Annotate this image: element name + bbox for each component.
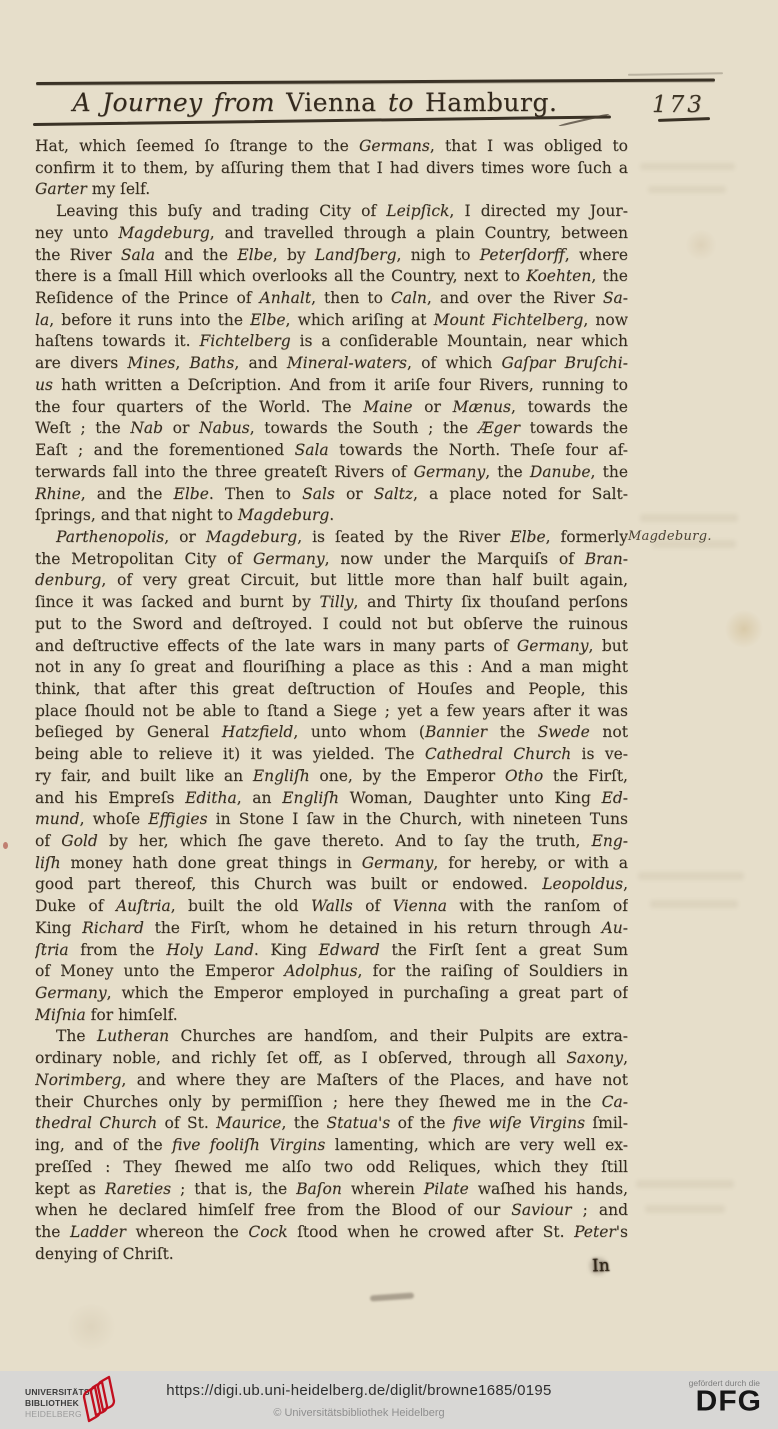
paper-speck — [3, 842, 8, 849]
text-line: Weſt ; the Nab or Nabus, towards the Sou… — [35, 418, 628, 440]
text-line: the four quarters of the World. The Main… — [35, 397, 628, 419]
text-line: haſtens towards it. Fichtelberg is a con… — [35, 331, 628, 353]
text-line: liſh money hath done great things in Ger… — [35, 853, 628, 875]
text-line: Germany, which the Emperor employed in p… — [35, 983, 628, 1005]
text-line: their Churches only by permiſſion ; here… — [35, 1092, 628, 1114]
text-line: and deſtructive effects of the late wars… — [35, 636, 628, 658]
text-line: us hath written a Deſcription. And from … — [35, 375, 628, 397]
ink-smudge — [370, 1292, 414, 1301]
text-line: ſprings, and that night to Magdeburg. — [35, 505, 628, 527]
text-line: ordinary noble, and richly ſet off, as I… — [35, 1048, 628, 1070]
paper-stain — [64, 1304, 118, 1350]
text-line: the Ladder whereon the Cock ſtood when h… — [35, 1222, 628, 1244]
text-line: confirm it to them, by aſſuring them tha… — [35, 158, 628, 180]
text-line: Eaſt ; and the forementioned Sala toward… — [35, 440, 628, 462]
text-line: are divers Mines, Baths, and Mineral-wat… — [35, 353, 628, 375]
show-through-mark — [652, 540, 736, 548]
text-line: la, before it runs into the Elbe, which … — [35, 310, 628, 332]
scan-url: https://digi.ub.uni-heidelberg.de/diglit… — [0, 1382, 718, 1399]
text-line: of Gold by her, which ſhe gave thereto. … — [35, 831, 628, 853]
text-line: King Richard the Firſt, whom he detained… — [35, 918, 628, 940]
text-line: when he declared himſelf free from the B… — [35, 1200, 628, 1222]
text-line: ing, and of the five fooliſh Virgins lam… — [35, 1135, 628, 1157]
text-line: thedral Church of St. Maurice, the Statu… — [35, 1113, 628, 1135]
page-number-underline — [658, 117, 710, 121]
text-line: there is a ſmall Hill which overlooks al… — [35, 266, 628, 288]
text-line: beſieged by General Hatzfield, unto whom… — [35, 722, 628, 744]
header-rule-showthrough — [628, 72, 723, 76]
show-through-mark — [640, 163, 735, 170]
show-through-mark — [640, 514, 738, 522]
show-through-mark — [648, 186, 726, 193]
catchword: In — [592, 1256, 610, 1277]
page-paper: A Journey from Vienna to Hamburg. 173 Ha… — [0, 0, 778, 1372]
text-line: Miſnia for himſelf. — [35, 1005, 628, 1027]
text-line: kept as Rareties ; that is, the Baſon wh… — [35, 1179, 628, 1201]
text-line: of Money unto the Emperor Adolphus, for … — [35, 961, 628, 983]
text-line: denying of Chriſt. — [35, 1244, 628, 1266]
text-line: Garter my ſelf. — [35, 179, 628, 201]
text-line: ſince it was ſacked and burnt by Tilly, … — [35, 592, 628, 614]
text-line: not in any ſo great and flouriſhing a pl… — [35, 657, 628, 679]
page-title: A Journey from Vienna to Hamburg. — [35, 88, 595, 117]
text-line: terwards fall into the three greateſt Ri… — [35, 462, 628, 484]
text-line: the River Sala and the Elbe, by Landſber… — [35, 245, 628, 267]
text-line: think, that after this great deſtruction… — [35, 679, 628, 701]
text-line: ſtria from the Holy Land. King Edward th… — [35, 940, 628, 962]
show-through-mark — [636, 1180, 734, 1188]
show-through-mark — [650, 900, 738, 908]
text-line: Leaving this buſy and trading City of Le… — [35, 201, 628, 223]
scanned-book-page: A Journey from Vienna to Hamburg. 173 Ha… — [0, 0, 778, 1429]
text-line: Reſidence of the Prince of Anhalt, then … — [35, 288, 628, 310]
scan-footer: UNIVERSITÄTS- BIBLIOTHEK HEIDELBERG http… — [0, 1371, 778, 1429]
text-line: the Metropolitan City of Germany, now un… — [35, 549, 628, 571]
show-through-mark — [638, 872, 744, 880]
text-line: Duke of Auſtria, built the old Walls of … — [35, 896, 628, 918]
text-line: put to the Sword and deſtroyed. I could … — [35, 614, 628, 636]
text-line: mund, whoſe Effigies in Stone I ſaw in t… — [35, 809, 628, 831]
show-through-mark — [645, 1205, 725, 1213]
paper-stain — [724, 610, 764, 648]
page-number: 173 — [652, 92, 705, 118]
dfg-logo: DFG — [696, 1386, 762, 1418]
text-line: good part thereof, this Church was built… — [35, 874, 628, 896]
copyright-text: © Universitätsbibliothek Heidelberg — [0, 1407, 718, 1419]
text-line: Rhine, and the Elbe. Then to Sals or Sal… — [35, 484, 628, 506]
text-line: Parthenopolis, or Magdeburg, is ſeated b… — [35, 527, 628, 549]
text-line: place ſhould not be able to ſtand a Sieg… — [35, 701, 628, 723]
header-rule-top — [36, 78, 715, 85]
text-line: The Lutheran Churches are handſom, and t… — [35, 1026, 628, 1048]
paper-stain — [684, 230, 718, 260]
text-line: preſſed : They ſhewed me alſo two odd Re… — [35, 1157, 628, 1179]
text-line: denburg, of very great Circuit, but litt… — [35, 570, 628, 592]
text-line: ry fair, and built like an Engliſh one, … — [35, 766, 628, 788]
text-line: Norimberg, and where they are Maſters of… — [35, 1070, 628, 1092]
body-text: Hat, which ſeemed ſo ſtrange to the Germ… — [35, 136, 628, 1265]
text-line: ney unto Magdeburg, and travelled throug… — [35, 223, 628, 245]
text-line: being able to relieve it) it was yielded… — [35, 744, 628, 766]
text-line: and his Empreſs Editha, an Engliſh Woman… — [35, 788, 628, 810]
text-line: Hat, which ſeemed ſo ſtrange to the Germ… — [35, 136, 628, 158]
